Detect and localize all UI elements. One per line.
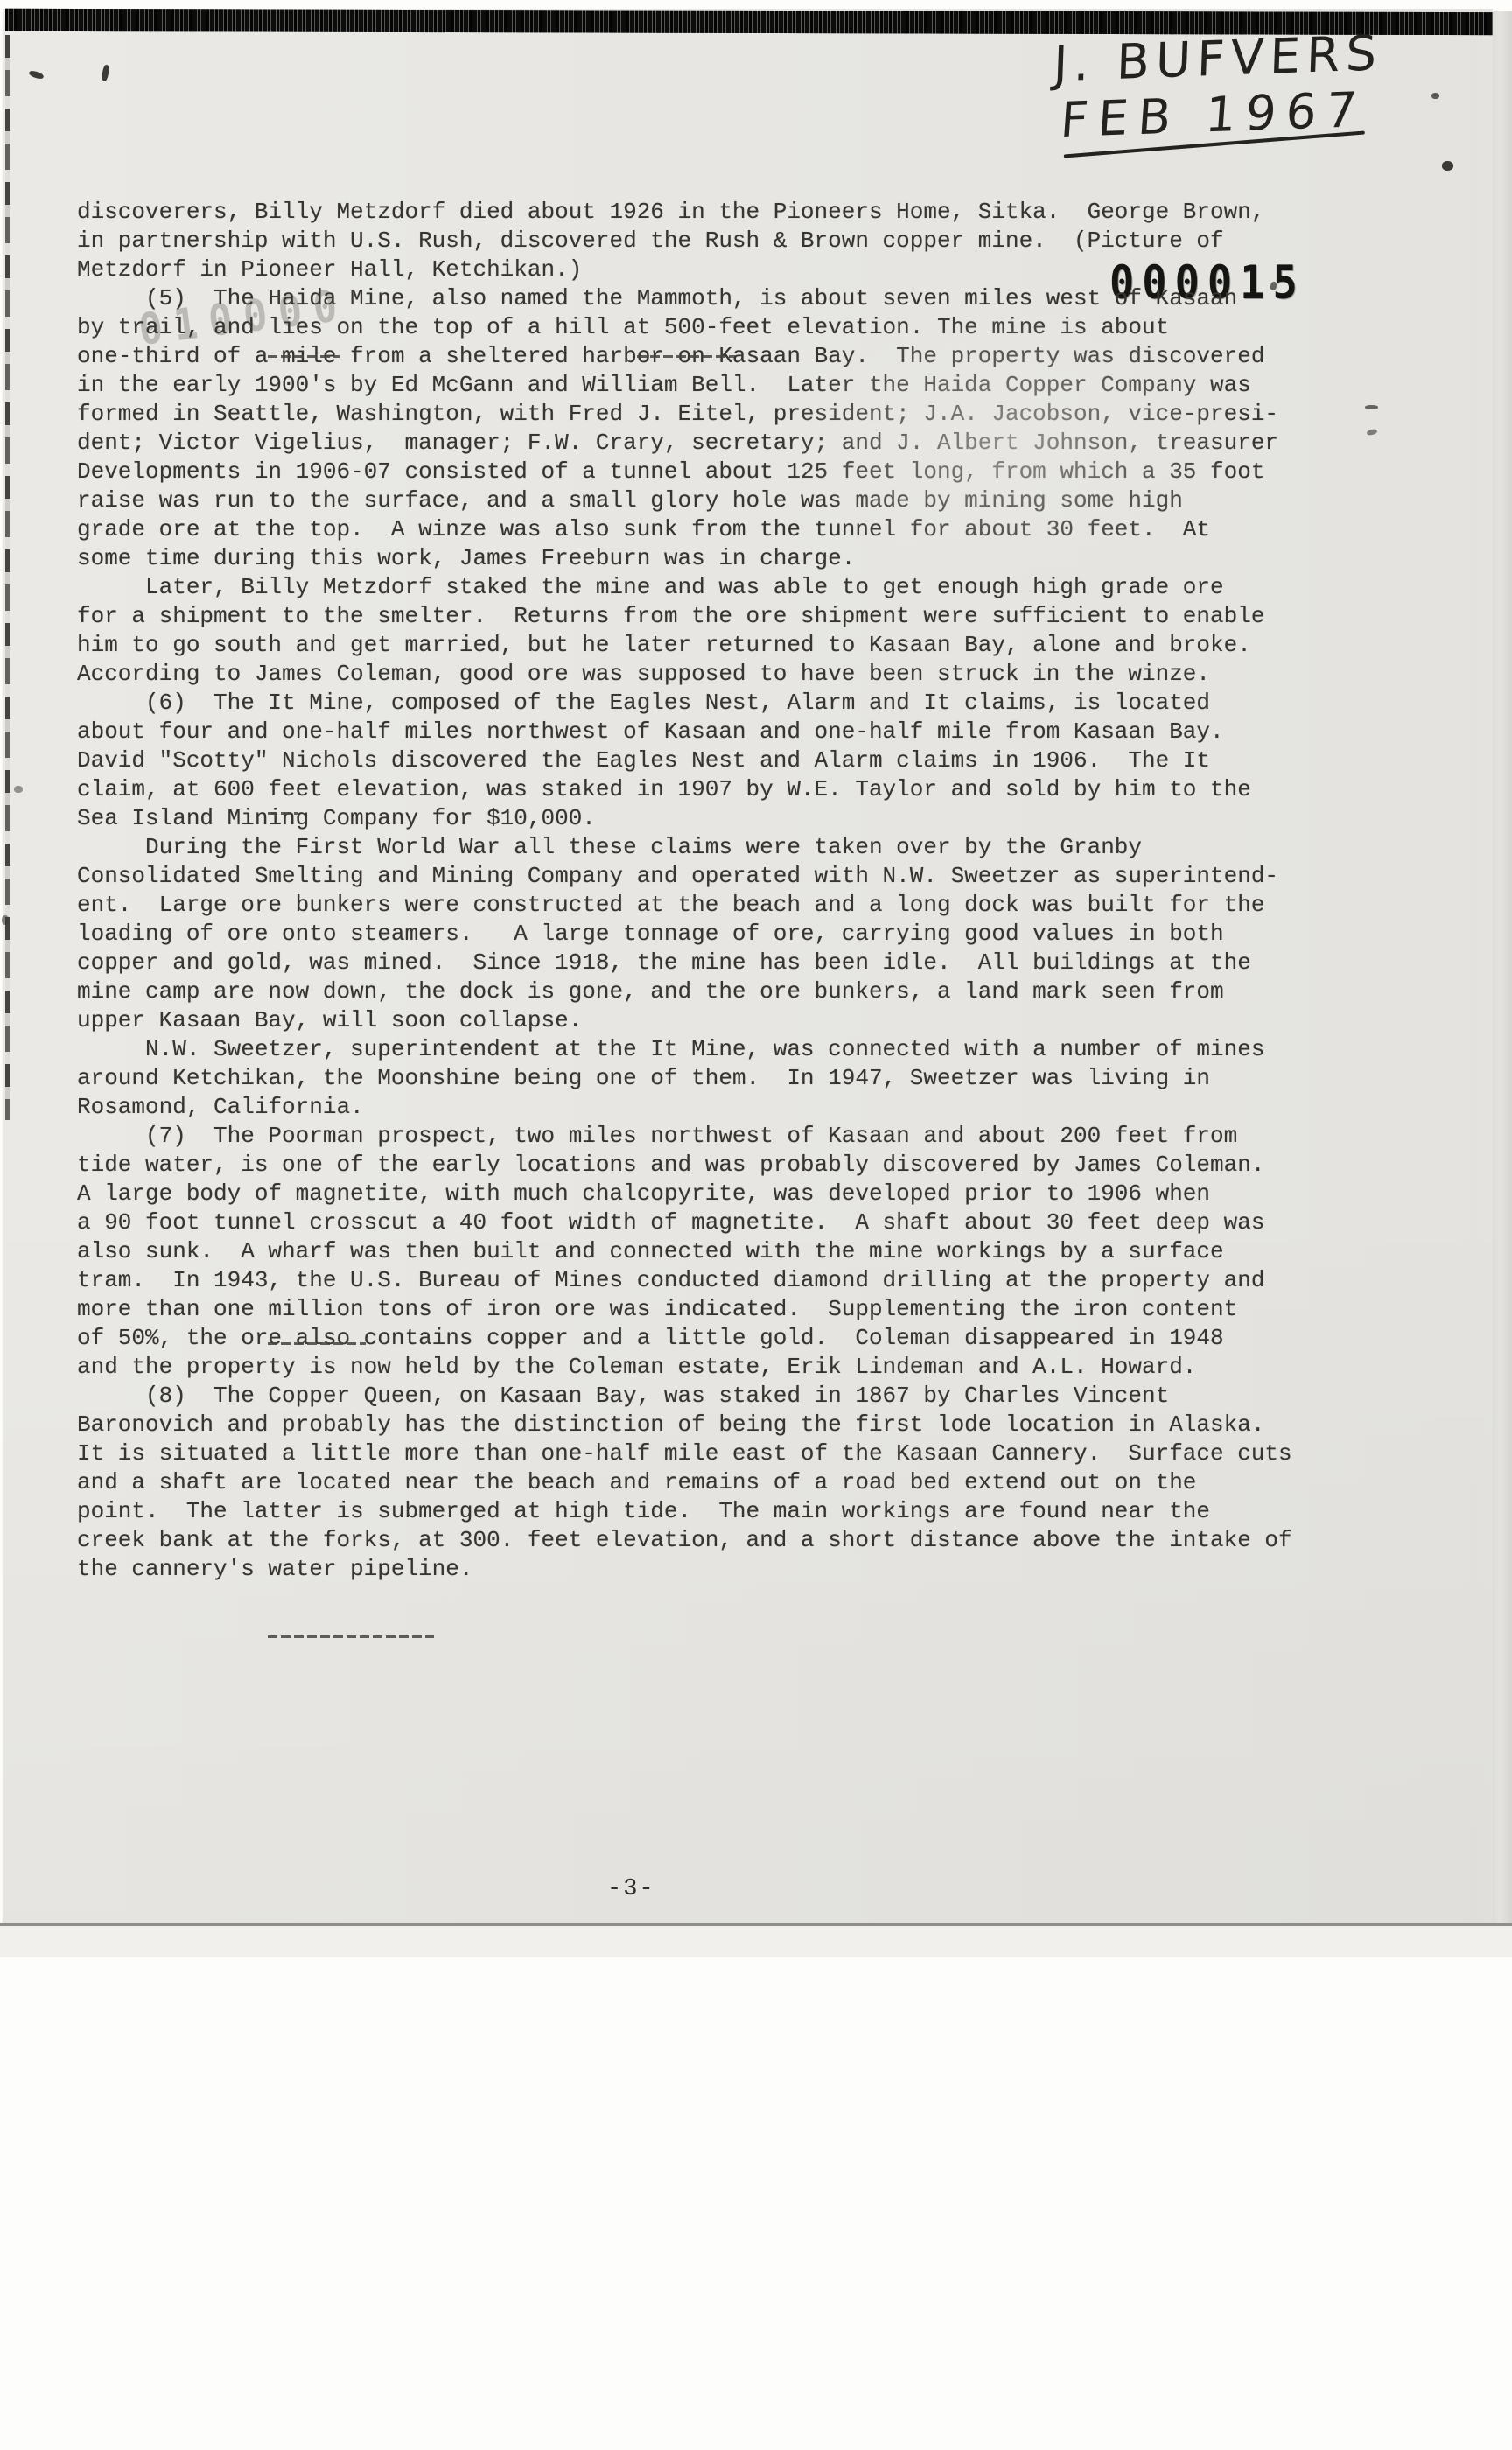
scan-speck xyxy=(1442,161,1453,171)
handwritten-note: J. BUFVERS FEB 1967 xyxy=(1053,24,1424,149)
underline-mammoth xyxy=(637,355,735,358)
typed-text-column: discoverers, Billy Metzdorf died about 1… xyxy=(77,198,1346,1584)
underline-poorman xyxy=(268,1342,366,1345)
scan-speck xyxy=(1365,405,1378,409)
paper-bottom-edge xyxy=(0,1923,1512,1957)
paper-left-edge-line xyxy=(5,35,10,1120)
paragraph-granby-wartime: During the First World War all these cla… xyxy=(77,833,1346,1035)
paper-right-edge-shadow xyxy=(1493,10,1512,1927)
paragraph-8-copper-queen: (8) The Copper Queen, on Kasaan Bay, was… xyxy=(77,1382,1346,1584)
paragraph-sweetzer: N.W. Sweetzer, superintendent at the It … xyxy=(77,1035,1346,1122)
scanned-document-page: J. BUFVERS FEB 1967 010000 000015 discov… xyxy=(0,0,1512,2450)
paragraph-metzdorf-staking: Later, Billy Metzdorf staked the mine an… xyxy=(77,573,1346,689)
underline-copper-queen xyxy=(268,1635,434,1638)
scan-speck xyxy=(2,915,9,925)
underline-it xyxy=(268,812,297,815)
scan-speck xyxy=(14,786,23,793)
page-number: -3- xyxy=(607,1876,655,1902)
paragraph-5-haida-mine: (5) The Haida Mine, also named the Mammo… xyxy=(77,284,1346,573)
underline-haida xyxy=(268,355,339,358)
scan-speck xyxy=(1431,93,1439,99)
paragraph-intro-continuation: discoverers, Billy Metzdorf died about 1… xyxy=(77,198,1346,284)
